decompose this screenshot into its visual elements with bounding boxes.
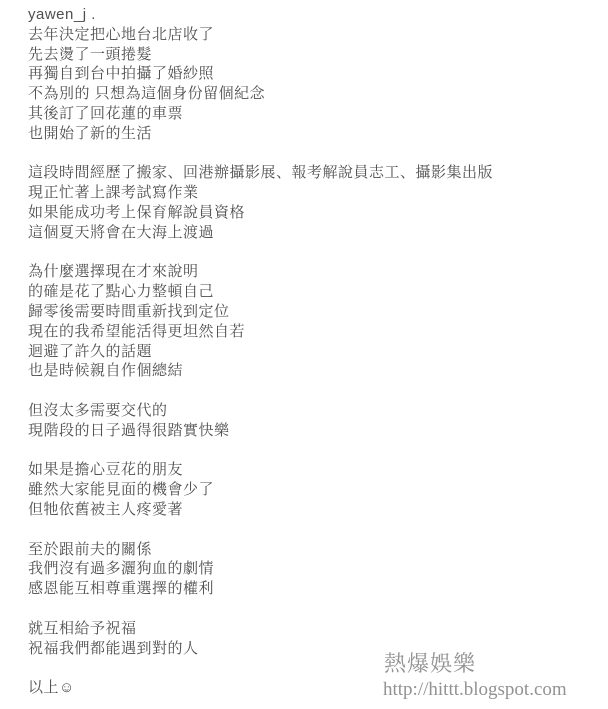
post-caption: yawen_j . 去年決定把心地台北店收了先去燙了一頭捲髮再獨自到台中拍攝了婚…	[28, 5, 493, 698]
caption-line: 這段時間經歷了搬家、回港辦攝影展、報考解說員志工、攝影集出版	[28, 163, 493, 183]
caption-line	[28, 441, 493, 461]
caption-line: 現階段的日子過得很踏實快樂	[28, 421, 493, 441]
caption-line: 至於跟前夫的關係	[28, 540, 493, 560]
caption-line: 也是時候親自作個總結	[28, 361, 493, 381]
caption-line: 現正忙著上課考試寫作業	[28, 183, 493, 203]
caption-line: 再獨自到台中拍攝了婚紗照	[28, 64, 493, 84]
caption-line	[28, 144, 493, 164]
caption-line: 先去燙了一頭捲髮	[28, 45, 493, 65]
caption-line	[28, 599, 493, 619]
caption-line: 現在的我希望能活得更坦然自若	[28, 322, 493, 342]
caption-line: 為什麼選擇現在才來說明	[28, 262, 493, 282]
caption-line: 的確是花了點心力整頓自己	[28, 282, 493, 302]
caption-lines: 去年決定把心地台北店收了先去燙了一頭捲髮再獨自到台中拍攝了婚紗照不為別的 只想為…	[28, 25, 493, 698]
post-screenshot: yawen_j . 去年決定把心地台北店收了先去燙了一頭捲髮再獨自到台中拍攝了婚…	[0, 0, 608, 709]
caption-line: 歸零後需要時間重新找到定位	[28, 302, 493, 322]
caption-line: 其後訂了回花蓮的車票	[28, 104, 493, 124]
caption-line	[28, 381, 493, 401]
caption-line: 我們沒有過多灑狗血的劇情	[28, 559, 493, 579]
caption-line: 就互相給予祝福	[28, 619, 493, 639]
caption-line	[28, 520, 493, 540]
watermark-site-url: http://hittt.blogspot.com	[383, 679, 567, 701]
caption-line: 不為別的 只想為這個身份留個紀念	[28, 84, 493, 104]
caption-line	[28, 243, 493, 263]
watermark-site-name: 熱爆娛樂	[384, 651, 476, 677]
caption-line: 去年決定把心地台北店收了	[28, 25, 493, 45]
caption-line: 也開始了新的生活	[28, 124, 493, 144]
caption-line: 但沒太多需要交代的	[28, 401, 493, 421]
username: yawen_j .	[28, 5, 493, 25]
caption-line: 感恩能互相尊重選擇的權利	[28, 579, 493, 599]
caption-line: 這個夏天將會在大海上渡過	[28, 223, 493, 243]
caption-line: 如果能成功考上保育解說員資格	[28, 203, 493, 223]
caption-line: 如果是擔心豆花的朋友	[28, 460, 493, 480]
caption-line: 迴避了許久的話題	[28, 342, 493, 362]
caption-line: 但牠依舊被主人疼愛著	[28, 500, 493, 520]
caption-line: 雖然大家能見面的機會少了	[28, 480, 493, 500]
